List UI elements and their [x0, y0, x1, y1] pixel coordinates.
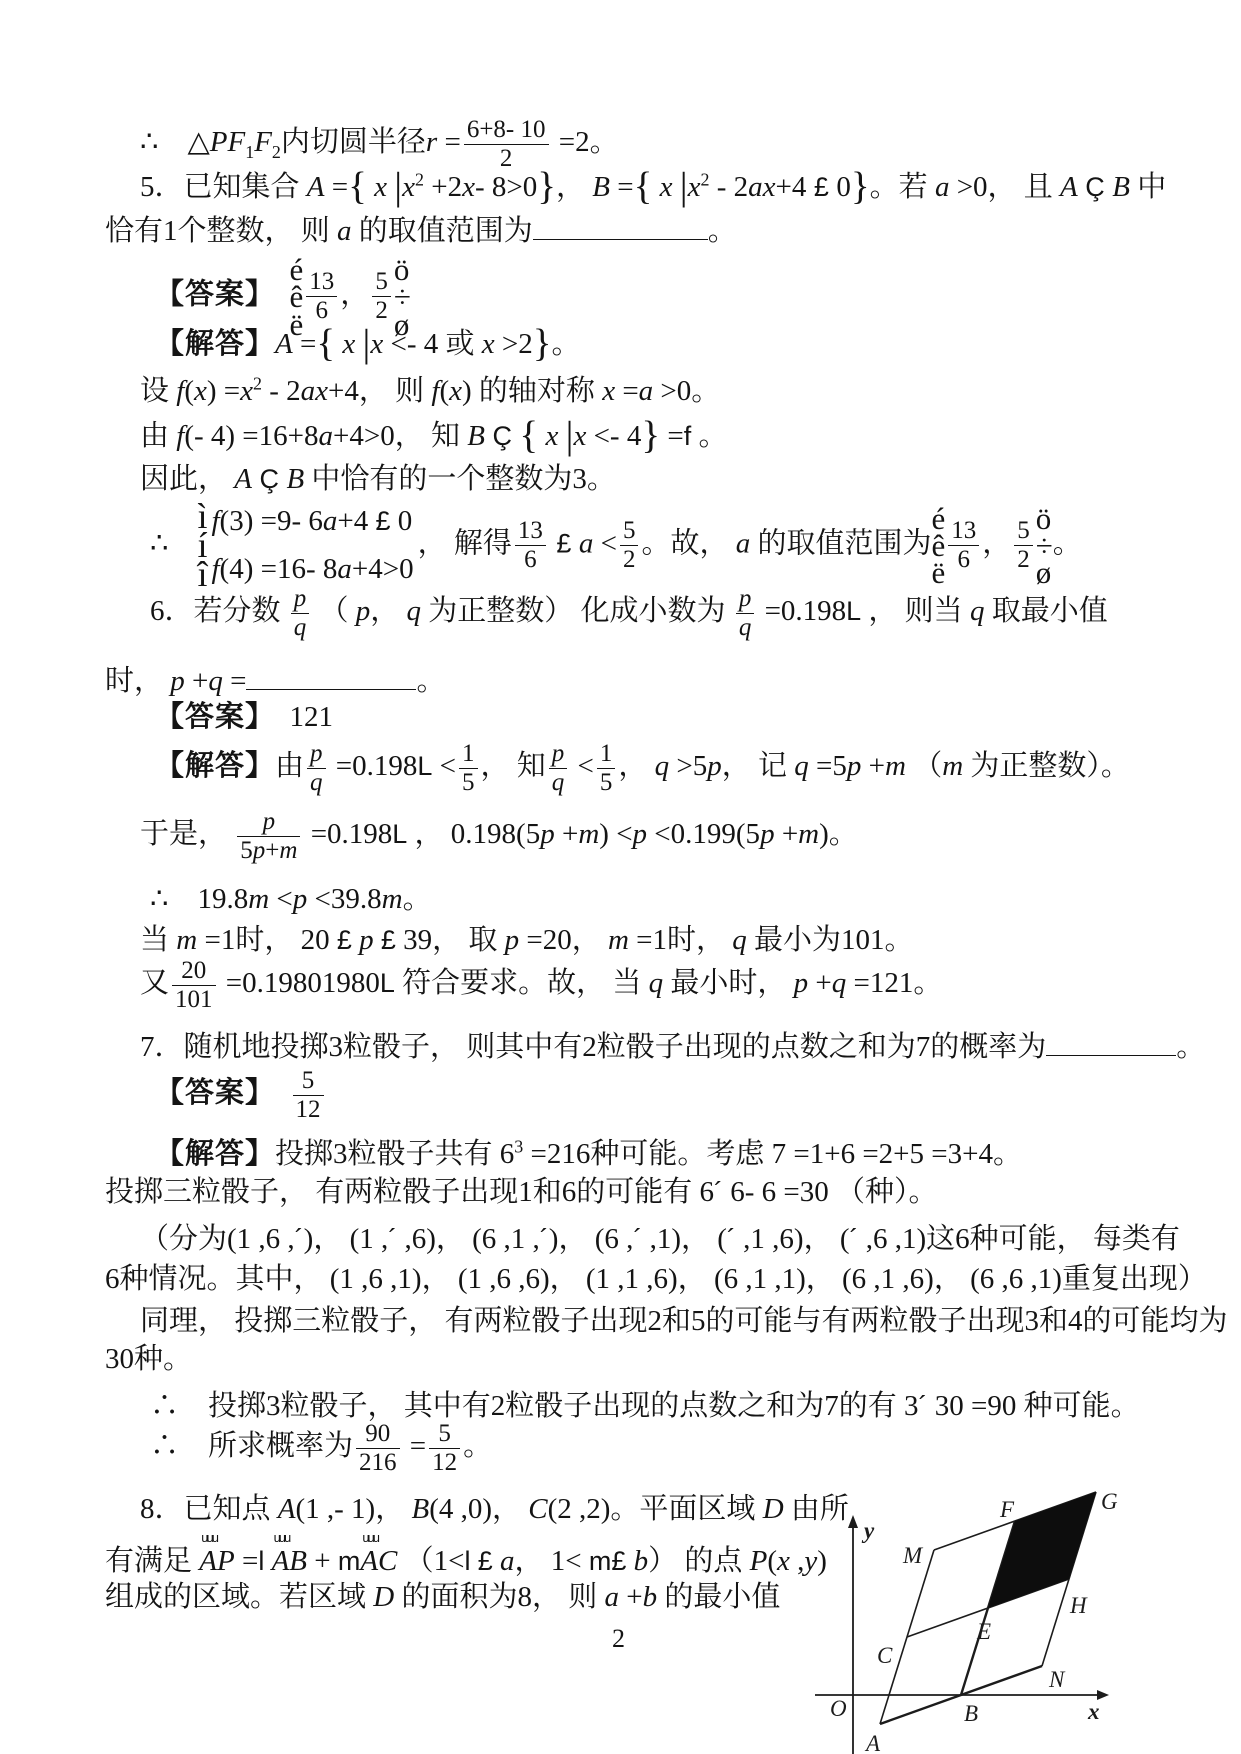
text: 恰有1个整数， 则 — [105, 215, 337, 247]
math-var: q — [794, 750, 809, 782]
symbol: ´ — [727, 1224, 736, 1254]
equation-system: f(3) =9- 6a+4 £ 0f(4) =16- 8a+4>0 — [211, 502, 413, 589]
math-var: p — [707, 750, 722, 782]
text — [626, 1545, 633, 1577]
text: ( — [439, 375, 449, 407]
big-delimiter: { — [316, 322, 335, 365]
math-var: x — [402, 171, 415, 203]
fraction: pq — [307, 740, 326, 797]
math-var: x — [482, 328, 495, 360]
symbol: ´ — [714, 1177, 723, 1207]
figure-label-x: x — [1087, 1699, 1100, 1724]
text: <- 4 — [586, 420, 641, 452]
math-var: q — [407, 595, 422, 627]
symbol: £ — [611, 1546, 626, 1576]
text: 于是， — [140, 818, 234, 850]
math-var: ax — [748, 171, 775, 203]
math-var: A — [275, 328, 293, 360]
text: =5 — [809, 750, 847, 782]
math-var: p — [540, 818, 555, 850]
text-line-18: 7．随机地投掷3粒骰子， 则其中有2粒骰子出现的点数之和为7的概率为。 — [140, 1028, 1205, 1067]
text: =0.19801980 — [219, 967, 380, 999]
math-var: p — [293, 883, 308, 915]
symbol: l — [465, 1546, 471, 1576]
text: △ — [187, 126, 209, 158]
text — [261, 279, 290, 311]
big-delimiter: | — [680, 165, 688, 208]
text: ) 的轴对称 — [462, 375, 602, 407]
math-var: m — [885, 750, 906, 782]
text: )， (1 , — [304, 1223, 389, 1255]
fraction: 136 — [515, 517, 546, 574]
big-delimiter: } — [641, 414, 660, 457]
text-line-7: 由 f(- 4) =16+8a+4>0， 知 B Ç { x |x <- 4} … — [140, 417, 728, 456]
symbol: ´ — [388, 1224, 397, 1254]
symbol: Ç — [485, 421, 519, 451]
label-bracket: 【答案】 — [155, 701, 261, 733]
text-line-14: 于是， p5p+m =0.198L ， 0.198(5p +m) <p <0.1… — [140, 808, 858, 865]
math-var: C — [528, 1493, 547, 1525]
text-line-25: 30种。 — [105, 1340, 192, 1379]
math-var: B — [467, 420, 485, 452]
symbol: L — [380, 968, 395, 998]
symbol: £ — [806, 172, 836, 202]
math-var: B — [286, 463, 304, 495]
text: = — [235, 1545, 259, 1577]
text: =0.198 — [303, 818, 392, 850]
text: 又 — [140, 967, 169, 999]
text: < — [570, 750, 594, 782]
text-line-24: 同理， 投掷三粒骰子， 有两粒骰子出现2和5的可能与有两粒骰子出现3和4的可能均… — [140, 1302, 1228, 1341]
math-var: B — [1112, 171, 1130, 203]
text: = — [660, 420, 684, 452]
big-delimiter: } — [537, 165, 556, 208]
text — [352, 924, 359, 956]
label-bracket: 【答案】 — [155, 1077, 261, 1109]
math-var: x — [370, 328, 383, 360]
fraction: 512 — [293, 1067, 324, 1124]
text-line-15: ∴ 19.8m <p <39.8m。 — [150, 880, 432, 919]
math-var: x — [449, 375, 462, 407]
symbol: L — [392, 819, 407, 849]
label-bracket: 【解答】 — [155, 750, 275, 782]
math-var: a — [337, 553, 352, 585]
text: + — [861, 750, 885, 782]
symbol: L — [417, 751, 432, 781]
text-line-21: 投掷三粒骰子， 有两粒骰子出现1和6的可能有 6´ 6- 6 =30 （种）。 — [105, 1173, 938, 1212]
text: =20， — [519, 924, 608, 956]
math-var: A — [278, 1493, 296, 1525]
figure-label-y: y — [861, 1518, 875, 1543]
math-var: a — [736, 527, 751, 559]
text: +4 — [337, 505, 375, 537]
text: - 2 — [709, 171, 748, 203]
math-var: p — [760, 818, 775, 850]
figure-label-C: C — [877, 1643, 893, 1668]
math-var: D — [373, 1581, 394, 1613]
fraction: 90216 — [356, 1420, 400, 1477]
fraction: 15 — [459, 740, 478, 797]
fraction: 20101 — [172, 957, 216, 1014]
big-delimiter: } — [533, 322, 552, 365]
text: 同理， 投掷三粒骰子， 有两粒骰子出现2和5的可能与有两粒骰子出现3和4的可能均… — [140, 1305, 1228, 1337]
math-var: A — [307, 171, 325, 203]
label-bracket: 【解答】 — [155, 1138, 275, 1170]
fraction: 52 — [372, 268, 391, 325]
text: 0 — [836, 171, 851, 203]
answer-blank — [1046, 1050, 1176, 1056]
figure-label-M: M — [902, 1543, 924, 1568]
text: + — [775, 818, 799, 850]
math-var: b — [643, 1581, 658, 1613]
text-line-16: 当 m =1时， 20 £ p £ 39， 取 p =20， m =1时， q … — [140, 921, 914, 960]
text: 。故， — [641, 527, 735, 559]
text — [493, 1545, 500, 1577]
math-var: a — [319, 420, 334, 452]
math-var: a — [935, 171, 950, 203]
text: ） 的点 — [648, 1545, 750, 1577]
text: 因此， — [140, 463, 234, 495]
text: 。 — [1176, 1031, 1205, 1063]
q8-figure: yxOABCEFGHMN — [800, 1470, 1241, 1754]
text: ( — [767, 1545, 777, 1577]
text — [264, 1545, 271, 1577]
text-line-11: 时， p +q =。 — [105, 662, 446, 701]
text: + — [808, 967, 832, 999]
math-var: x — [194, 375, 207, 407]
subscript: 1 — [245, 142, 254, 162]
text: 内切圆半径 — [281, 126, 426, 158]
text: =121。 — [846, 967, 942, 999]
text: >5 — [669, 750, 707, 782]
text: )， (6 , — [549, 1223, 634, 1255]
text-line-5: 【解答】A ={ x |x <- 4 或 x >2}。 — [155, 325, 581, 364]
text: ， 解得 — [418, 527, 512, 559]
math-var: x — [652, 171, 679, 203]
fraction: 136 — [948, 517, 979, 574]
text: >0。 — [653, 375, 720, 407]
text: ， — [556, 171, 592, 203]
text: 设 — [140, 375, 176, 407]
big-delimiter: { — [519, 414, 538, 457]
math-var: B — [411, 1493, 429, 1525]
text: 有满足 — [105, 1545, 199, 1577]
text: =2。 — [552, 126, 619, 158]
fraction: 15 — [597, 740, 616, 797]
text: =0.198 — [757, 595, 846, 627]
text: = — [293, 328, 317, 360]
symbol: Ç — [1078, 172, 1112, 202]
text: = — [615, 375, 639, 407]
symbol: ´ — [295, 1224, 304, 1254]
text: ∴ — [140, 126, 187, 158]
text: 6种情况。其中， (1 ,6 ,1)， (1 ,6 ,6)， (1 ,1 ,6)… — [105, 1263, 1207, 1295]
text: 最小为101。 — [747, 924, 914, 956]
text: = — [437, 126, 461, 158]
figure-label-G: G — [1101, 1489, 1118, 1514]
math-var: x — [688, 171, 701, 203]
y-axis-arrow — [848, 1515, 858, 1528]
big-delimiter: { — [348, 165, 367, 208]
vector-AB: uuuAB — [272, 1542, 307, 1581]
text: ， — [370, 595, 406, 627]
text: +2 — [424, 171, 462, 203]
math-var: a — [500, 1545, 515, 1577]
text: 5．已知集合 — [140, 171, 307, 203]
text: (- 4) =16+8 — [184, 420, 318, 452]
math-var: f — [211, 553, 219, 585]
text: )。 — [819, 818, 858, 850]
symbol: £ — [381, 925, 396, 955]
math-var: q — [655, 750, 670, 782]
text: 中恰有的一个整数为3。 — [304, 463, 616, 495]
text: < — [432, 750, 456, 782]
math-var: x — [367, 171, 394, 203]
text: （ — [312, 595, 356, 627]
math-var: a — [639, 375, 654, 407]
text: (1 ,- 1)， — [295, 1493, 411, 1525]
text: 的取值范围为 — [352, 215, 533, 247]
figure-label-H: H — [1069, 1593, 1088, 1618]
text: <0.199(5 — [647, 818, 760, 850]
math-var: p — [505, 924, 520, 956]
text: >0， 且 — [949, 171, 1060, 203]
superscript: 3 — [514, 1136, 523, 1156]
text: + — [307, 1545, 338, 1577]
page-number: 2 — [612, 1624, 625, 1654]
text: 符合要求。故， 当 — [395, 967, 649, 999]
text: ， — [340, 279, 369, 311]
symbol: £ — [549, 528, 579, 558]
stacked-bracket: éêë — [931, 505, 945, 587]
text: < — [269, 883, 293, 915]
text: - 2 — [262, 375, 301, 407]
math-var: m — [248, 883, 269, 915]
math-var: PF — [210, 126, 245, 158]
math-var: p — [794, 967, 809, 999]
figure-label-N: N — [1048, 1667, 1066, 1692]
text: - 8>0 — [475, 171, 537, 203]
document-page: ∴ △PF1F2内切圆半径r =6+8- 102 =2。5．已知集合 A ={ … — [0, 0, 1241, 1754]
text: ， — [982, 527, 1011, 559]
text: 为正整数） 化成小数为 — [421, 595, 733, 627]
fraction: pq — [291, 585, 310, 642]
answer-blank — [246, 684, 416, 690]
math-var: B — [592, 171, 610, 203]
text: ∴ — [150, 527, 197, 559]
math-var: p — [847, 750, 862, 782]
fraction: 6+8- 102 — [464, 116, 549, 173]
math-var: m — [176, 924, 197, 956]
text: 。 — [463, 1430, 492, 1462]
figure-label-E: E — [976, 1619, 991, 1644]
text: =216种可能。考虑 7 =1+6 =2+5 =3+4。 — [523, 1138, 1022, 1170]
text: ,6 ,1)这6种可能， 每类有 — [858, 1223, 1179, 1255]
text: 当 — [140, 924, 176, 956]
text: 的取值范围为 — [750, 527, 931, 559]
text-line-12: 【答案】 121 — [155, 698, 333, 737]
text: 的面积为8， 则 — [394, 1581, 604, 1613]
text: 30 =90 种可能。 — [928, 1390, 1140, 1422]
superscript: 2 — [415, 169, 424, 189]
math-var: x — [573, 420, 586, 452]
figure-label-A: A — [864, 1731, 881, 1754]
text: 组成的区域。若区域 — [105, 1581, 373, 1613]
text — [374, 924, 381, 956]
math-var: f — [211, 505, 219, 537]
fraction: pq — [549, 740, 568, 797]
text: <- 4 或 — [383, 328, 482, 360]
text: 7．随机地投掷3粒骰子， 则其中有2粒骰子出现的点数之和为7的概率为 — [140, 1031, 1046, 1063]
text: ∴ 所求概率为 — [150, 1430, 353, 1462]
text-line-10: 6．若分数 pq （ p， q 为正整数） 化成小数为 pq =0.198L ，… — [150, 585, 1108, 642]
math-var: p — [359, 924, 374, 956]
text — [261, 1077, 290, 1109]
fraction: 52 — [620, 517, 639, 574]
label-bracket: 【答案】 — [155, 279, 261, 311]
symbol: £ — [337, 925, 352, 955]
text: 取最小值 — [984, 595, 1107, 627]
math-var: A — [1060, 171, 1078, 203]
vector-AP: uuuAP — [199, 1542, 234, 1581]
math-var: q — [732, 924, 747, 956]
text: =0.198 — [329, 750, 418, 782]
text: (4) =16- 8 — [220, 553, 338, 585]
text: （分为(1 ,6 , — [140, 1223, 295, 1255]
fraction: 512 — [429, 1420, 460, 1477]
symbol: ´ — [540, 1224, 549, 1254]
math-var: x — [335, 328, 362, 360]
text-line-9: ∴ ìíîf(3) =9- 6a+4 £ 0f(4) =16- 8a+4>0， … — [150, 502, 1082, 589]
text: 。 — [403, 883, 432, 915]
math-var: q — [832, 967, 847, 999]
text-line-30: 组成的区域。若区域 D 的面积为8， 则 a +b 的最小值 — [105, 1578, 780, 1617]
figure-label-B: B — [964, 1701, 978, 1726]
big-delimiter: } — [851, 165, 870, 208]
math-var: p — [170, 665, 185, 697]
text: =1时， — [629, 924, 732, 956]
math-var: A — [234, 463, 252, 495]
text: 为正整数）。 — [963, 750, 1130, 782]
text: 。若 — [870, 171, 935, 203]
text-line-6: 设 f(x) =x2 - 2ax+4， 则 f(x) 的轴对称 x =a >0。 — [140, 372, 720, 411]
text: 。 — [416, 665, 445, 697]
text: 8．已知点 — [140, 1493, 278, 1525]
answer-blank — [533, 234, 708, 240]
fraction: pq — [736, 585, 755, 642]
text: 。 — [552, 328, 581, 360]
text: +4>0， 知 — [333, 420, 467, 452]
symbol: Ç — [252, 464, 286, 494]
text: < — [593, 527, 617, 559]
text: = — [610, 171, 634, 203]
text: ∴ 19.8 — [150, 883, 248, 915]
text: ， 则当 — [861, 595, 970, 627]
symbol: L — [846, 596, 861, 626]
text: 中 — [1130, 171, 1166, 203]
math-var: x — [602, 375, 615, 407]
text: 0 — [390, 505, 412, 537]
text: 投掷3粒骰子共有 6 — [275, 1138, 514, 1170]
math-var: q — [208, 665, 223, 697]
text: + — [185, 665, 209, 697]
math-var: F — [254, 126, 272, 158]
text: 。 — [708, 215, 737, 247]
text: ， 1< — [515, 1545, 589, 1577]
fraction: 52 — [1014, 517, 1033, 574]
symbol: m — [589, 1546, 611, 1576]
text: ,1)， ( — [642, 1223, 727, 1255]
fraction: p5p+m — [237, 808, 300, 865]
text: ) < — [599, 818, 632, 850]
text: 6- 6 =30 （种）。 — [723, 1176, 938, 1208]
label-bracket: 【解答】 — [155, 328, 275, 360]
text: ， — [618, 750, 654, 782]
math-var: a — [579, 527, 594, 559]
text: 121 — [261, 701, 334, 733]
text: (3) =9- 6 — [220, 505, 323, 537]
text: 的最小值 — [657, 1581, 780, 1613]
text: (4 ,0)， — [429, 1493, 528, 1525]
symbol: ´ — [633, 1224, 642, 1254]
symbol: ´ — [919, 1391, 928, 1421]
text-line-13: 【解答】由pq =0.198L <15， 知pq <15， q >5p， 记 q… — [155, 740, 1130, 797]
text: 。 — [1053, 527, 1082, 559]
text-line-19: 【答案】 512 — [155, 1067, 327, 1124]
text: ， 记 — [722, 750, 795, 782]
stacked-bracket: ìíî — [197, 502, 207, 588]
fraction: 136 — [306, 268, 337, 325]
text: 39， 取 — [396, 924, 505, 956]
vector-AC: uuuAC — [360, 1542, 397, 1581]
math-var: a — [323, 505, 338, 537]
text-line-23: 6种情况。其中， (1 ,6 ,1)， (1 ,6 ,6)， (1 ,1 ,6)… — [105, 1260, 1207, 1299]
text: +4， 则 — [328, 375, 431, 407]
text: + — [619, 1581, 643, 1613]
text: 最小时， — [663, 967, 794, 999]
text: 30种。 — [105, 1343, 192, 1375]
math-var: m — [608, 924, 629, 956]
figure-label-F: F — [999, 1497, 1015, 1522]
math-var: x — [462, 171, 475, 203]
text: 时， — [105, 665, 170, 697]
text: 。 — [691, 420, 727, 452]
big-delimiter: | — [394, 165, 402, 208]
math-var: x — [240, 375, 253, 407]
symbol: m — [338, 1546, 360, 1576]
math-var: a — [337, 215, 352, 247]
big-delimiter: { — [634, 165, 653, 208]
text: 投掷三粒骰子， 有两粒骰子出现1和6的可能有 6 — [105, 1176, 714, 1208]
math-var: m — [942, 750, 963, 782]
figure-label-O: O — [830, 1696, 847, 1721]
text-line-3: 恰有1个整数， 则 a 的取值范围为。 — [105, 212, 737, 251]
math-var: m — [578, 818, 599, 850]
text: ∴ 投掷3粒骰子， 其中有2粒骰子出现的点数之和为7的有 3 — [150, 1390, 919, 1422]
symbol: £ — [478, 1546, 493, 1576]
text — [471, 1545, 478, 1577]
text: ( — [184, 375, 194, 407]
text-line-27: ∴ 所求概率为90216 =512。 — [150, 1420, 492, 1477]
math-var: ax — [301, 375, 328, 407]
text: ， 知 — [481, 750, 546, 782]
text-line-29: 有满足 uuuAP =l uuuAB + muuuAC （1<l £ a， 1<… — [105, 1532, 827, 1581]
text: = — [324, 171, 348, 203]
text-line-8: 因此， A Ç B 中恰有的一个整数为3。 — [140, 460, 616, 499]
text: ) = — [207, 375, 240, 407]
text: 由 — [275, 750, 304, 782]
text: （1< — [397, 1545, 464, 1577]
